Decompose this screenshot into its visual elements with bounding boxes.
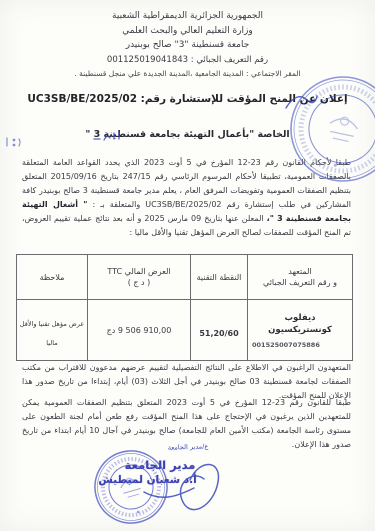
scanned-announcement-document: الجمهورية الجزائرية الديمقراطية الشعبية …: [0, 0, 375, 531]
letterhead-address: المقر الاجتماعي : المدينة الجامعية ،المد…: [0, 67, 375, 80]
letterhead-ministry: وزارة التعليم العالي والبحث العلمي: [0, 24, 375, 39]
award-table: المتعهد و رقم التعريف الجبائي النقطة الت…: [16, 254, 353, 361]
letterhead: الجمهورية الجزائرية الديمقراطية الشعبية …: [0, 9, 375, 80]
announcement-subtitle: الخاصة "بأعمال التهيئة بجامعة قسنطينة 3 …: [0, 129, 375, 140]
award-table-header-row: المتعهد و رقم التعريف الجبائي النقطة الت…: [17, 255, 353, 300]
award-table-row: ديفلوب كونستريكسيون 001525007075886 51,2…: [17, 300, 353, 361]
director-stamp-title: مدير الجامعة: [105, 458, 215, 472]
col-header-financial-offer: العرض المالي TTC ( د ج ): [88, 255, 191, 300]
cell-technical-score: 51,20/60: [191, 300, 248, 361]
technical-score-value: 51,20/60: [199, 329, 238, 338]
cell-note: عرض مؤهل تقنيا والأقل ماليا: [17, 300, 88, 361]
director-stamp-name: أ.د شعبان لمبطيش: [80, 474, 215, 486]
announcement-title: إعلان عن المنح المؤقت للإستشارة رقم: 02/…: [0, 93, 375, 105]
col-header-technical-score: النقطة التقنية: [191, 255, 248, 300]
paragraph-legal-basis: طبقا لأحكام القانون رقم 23-12 المؤرخ في …: [22, 156, 351, 240]
cell-financial-offer: 9 506 910,00 دج: [88, 300, 191, 361]
letterhead-university: جامعة قسنطينة "3" صالح بوبنيدر: [0, 38, 375, 53]
col-header-note: ملاحظة: [17, 255, 88, 300]
col-header-bidder: المتعهد و رقم التعريف الجبائي: [248, 255, 353, 300]
note-value: عرض مؤهل تقنيا والأقل ماليا: [20, 320, 84, 347]
letterhead-tax-id: رقم التعريف الجبائي : 001125019041843: [0, 53, 375, 67]
financial-offer-amount: 9 506 910,00: [118, 326, 171, 335]
letterhead-country: الجمهورية الجزائرية الديمقراطية الشعبية: [0, 9, 375, 24]
bidder-tax-id: 001525007075886: [250, 341, 350, 349]
cell-bidder: ديفلوب كونستريكسيون 001525007075886: [248, 300, 353, 361]
bidder-name: ديفلوب كونستريكسيون: [250, 312, 350, 336]
financial-offer-currency: دج: [107, 326, 116, 335]
